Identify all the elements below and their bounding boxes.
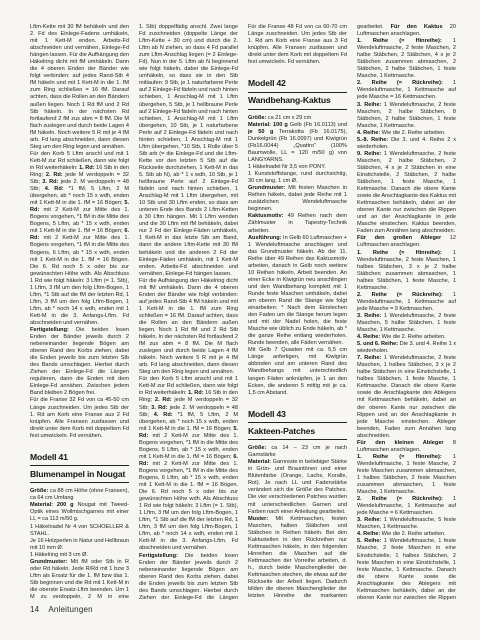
- instruction-paragraph: Mit Gelb 7 Quasten mit ca. 5,5 cm Länge …: [248, 347, 347, 396]
- instruction-paragraph: Fertigstellung: Die beiden losen Enden d…: [139, 553, 238, 600]
- model-title: Kakteen-Patches: [248, 427, 347, 441]
- instruction-paragraph: Ausführung: In Gelb 60 Luftmaschen + 1 W…: [248, 235, 347, 348]
- text-column-2: 1. Stb) doppelfädig anschl. Zwei lange F…: [139, 24, 238, 600]
- instruction-paragraph: Kaktusmotiv: 49 Reihen nach dem Zählmust…: [248, 213, 347, 234]
- instruction-paragraph: 3. Reihe: 1 Wendeluftmasche, 2 feste Mas…: [357, 313, 456, 334]
- instruction-paragraph: 1. Reihe (= Hinreihe): 1 Wendeluftmasche…: [357, 38, 456, 80]
- instruction-paragraph: 5. und 6. Reihe: Die 3. und 4. Reihe 1 x…: [357, 341, 456, 355]
- model-heading: Modell 42Wandbehang-Kaktus: [248, 79, 347, 110]
- page-footer: 14 Anleitungen: [30, 605, 93, 614]
- instruction-paragraph: Material: 100 g Gelb (Fb 16.0113) und je…: [248, 122, 347, 164]
- instruction-paragraph: Für den großen Ableger 12 Luftmaschen an…: [357, 235, 456, 249]
- instruction-paragraph: Muster: Mit Kettmaschen, festen Maschen,…: [248, 516, 347, 600]
- text-column-1: Lftm-Kette mit 30 fM behäkeln und den 2.…: [30, 24, 129, 600]
- instruction-paragraph: Fertigstellung: Die beiden losen Enden d…: [30, 327, 129, 397]
- instruction-paragraph: Material: Garnreste in beliebiger Stärke…: [248, 459, 347, 515]
- model-number: Modell 43: [248, 410, 347, 424]
- instruction-paragraph: Material: 200 g Nougat mit Tweed-Optik e…: [30, 502, 129, 523]
- instruction-paragraph: gearbeitet. Für den Kaktus 20 Luftmasche…: [357, 24, 456, 38]
- instruction-paragraph: Für den Korb 5 Lftm anschl und mit 1 Ket…: [139, 376, 238, 552]
- instruction-paragraph: 1 Kunststoffstange, rund durchsichtig, 3…: [248, 171, 347, 185]
- instruction-paragraph: 4. Reihe: Wie die 2. Reihe arbeiten.: [357, 531, 456, 538]
- instruction-paragraph: 1. Stb) doppelfädig anschl. Zwei lange F…: [139, 24, 238, 278]
- instruction-paragraph: 1 Häkelnadel Nr 3,5 von PONY.: [248, 164, 347, 171]
- instruction-paragraph: 4. Reihe: Wie die 2. Reihe arbeiten.: [357, 130, 456, 137]
- model-heading: Modell 43Kakteen-Patches: [248, 410, 347, 441]
- instruction-paragraph: 2. Reihe (= Rückreihe): 1 Wendeluftmasch…: [357, 496, 456, 517]
- magazine-page: Lftm-Kette mit 30 fM behäkeln und den 2.…: [0, 0, 480, 640]
- model-title: Wandbehang-Kaktus: [248, 96, 347, 110]
- model-heading: Modell 41Blumenampel in Nougat: [30, 453, 129, 484]
- model-number: Modell 42: [248, 79, 347, 93]
- instruction-paragraph: Für die Franse 48 Fd von ca 60-70 cm Län…: [248, 24, 347, 66]
- instruction-paragraph: Je 16 Holzperlen in Natur und Hellbraun …: [30, 538, 129, 552]
- instruction-paragraph: Größe: ca 14 – 23 cm je nach Garnstärke: [248, 445, 347, 459]
- instruction-paragraph: Für die Aufhängung den Häkelring dicht m…: [139, 278, 238, 377]
- text-column-3: Für die Franse 48 Fd von ca 60-70 cm Län…: [248, 24, 347, 600]
- instruction-paragraph: Grundmuster: Mit festen Maschen in Reihe…: [248, 185, 347, 213]
- instruction-paragraph: 7. Reihe: 1 Wendeluftmasche, 2 feste Mas…: [357, 355, 456, 440]
- instruction-paragraph: 2. Reihe (= Rückreihe): 1 Wendeluftmasch…: [357, 80, 456, 101]
- instruction-paragraph: Für die Franse 32 Fd von ca 45-50 cm Län…: [30, 397, 129, 439]
- instruction-paragraph: 9. Reihe: 1 Wendeluftmasche, 2 feste Mas…: [357, 151, 456, 236]
- section-label: Anleitungen: [48, 605, 92, 614]
- instruction-paragraph: Lftm-Kette mit 30 fM behäkeln und den 2.…: [30, 24, 129, 151]
- instruction-paragraph: 3. Reihe: 1 Wendeluftmasche, 2 feste Mas…: [357, 102, 456, 130]
- model-title: Blumenampel in Nougat: [30, 470, 129, 484]
- instruction-paragraph: 1 Häkelring mit 3 cm Ø.: [30, 552, 129, 559]
- instruction-paragraph: Für den kleinen Ableger 8 Luftmaschen an…: [357, 440, 456, 454]
- text-columns: Lftm-Kette mit 30 fM behäkeln und den 2.…: [30, 24, 456, 600]
- instruction-paragraph: 5. Reihe: 1 Wendeluftmasche, 1 feste Mas…: [357, 538, 456, 600]
- instruction-paragraph: Größe: ca 88 cm Höhe (ohne Fransen), ca …: [30, 488, 129, 502]
- instruction-paragraph: 1. Reihe (= Hinreihe): 1 Wendeluftmasche…: [357, 250, 456, 292]
- instruction-paragraph: Grundmuster: Mit fM oder Stb in R oder R…: [30, 559, 129, 600]
- instruction-paragraph: 1. Reihe (= Hinreihe): 1 Wendeluftmasche…: [357, 454, 456, 496]
- instruction-paragraph: 1 Häkelnadel Nr 4 von SCHOELLER & STAHL.: [30, 524, 129, 538]
- instruction-paragraph: 3. Reihe: 1 Wendeluftmasche, 5 feste Mas…: [357, 517, 456, 531]
- instruction-paragraph: 5.-8. Reihe: Die 3. und 4. Reihe 2 x wie…: [357, 137, 456, 151]
- text-column-4: gearbeitet. Für den Kaktus 20 Luftmasche…: [357, 24, 456, 600]
- page-number: 14: [30, 605, 39, 614]
- instruction-paragraph: Für den Korb 5 Lftm anschl und mit 1 Ket…: [30, 151, 129, 327]
- instruction-paragraph: 4. Reihe: Wie die 2. Reihe arbeiten.: [357, 334, 456, 341]
- instruction-paragraph: Größe: ca 21 cm x 29 cm: [248, 115, 347, 122]
- instruction-paragraph: 2. Reihe (= Rückreihe): 1 Wendeluftmasch…: [357, 292, 456, 313]
- model-number: Modell 41: [30, 453, 129, 467]
